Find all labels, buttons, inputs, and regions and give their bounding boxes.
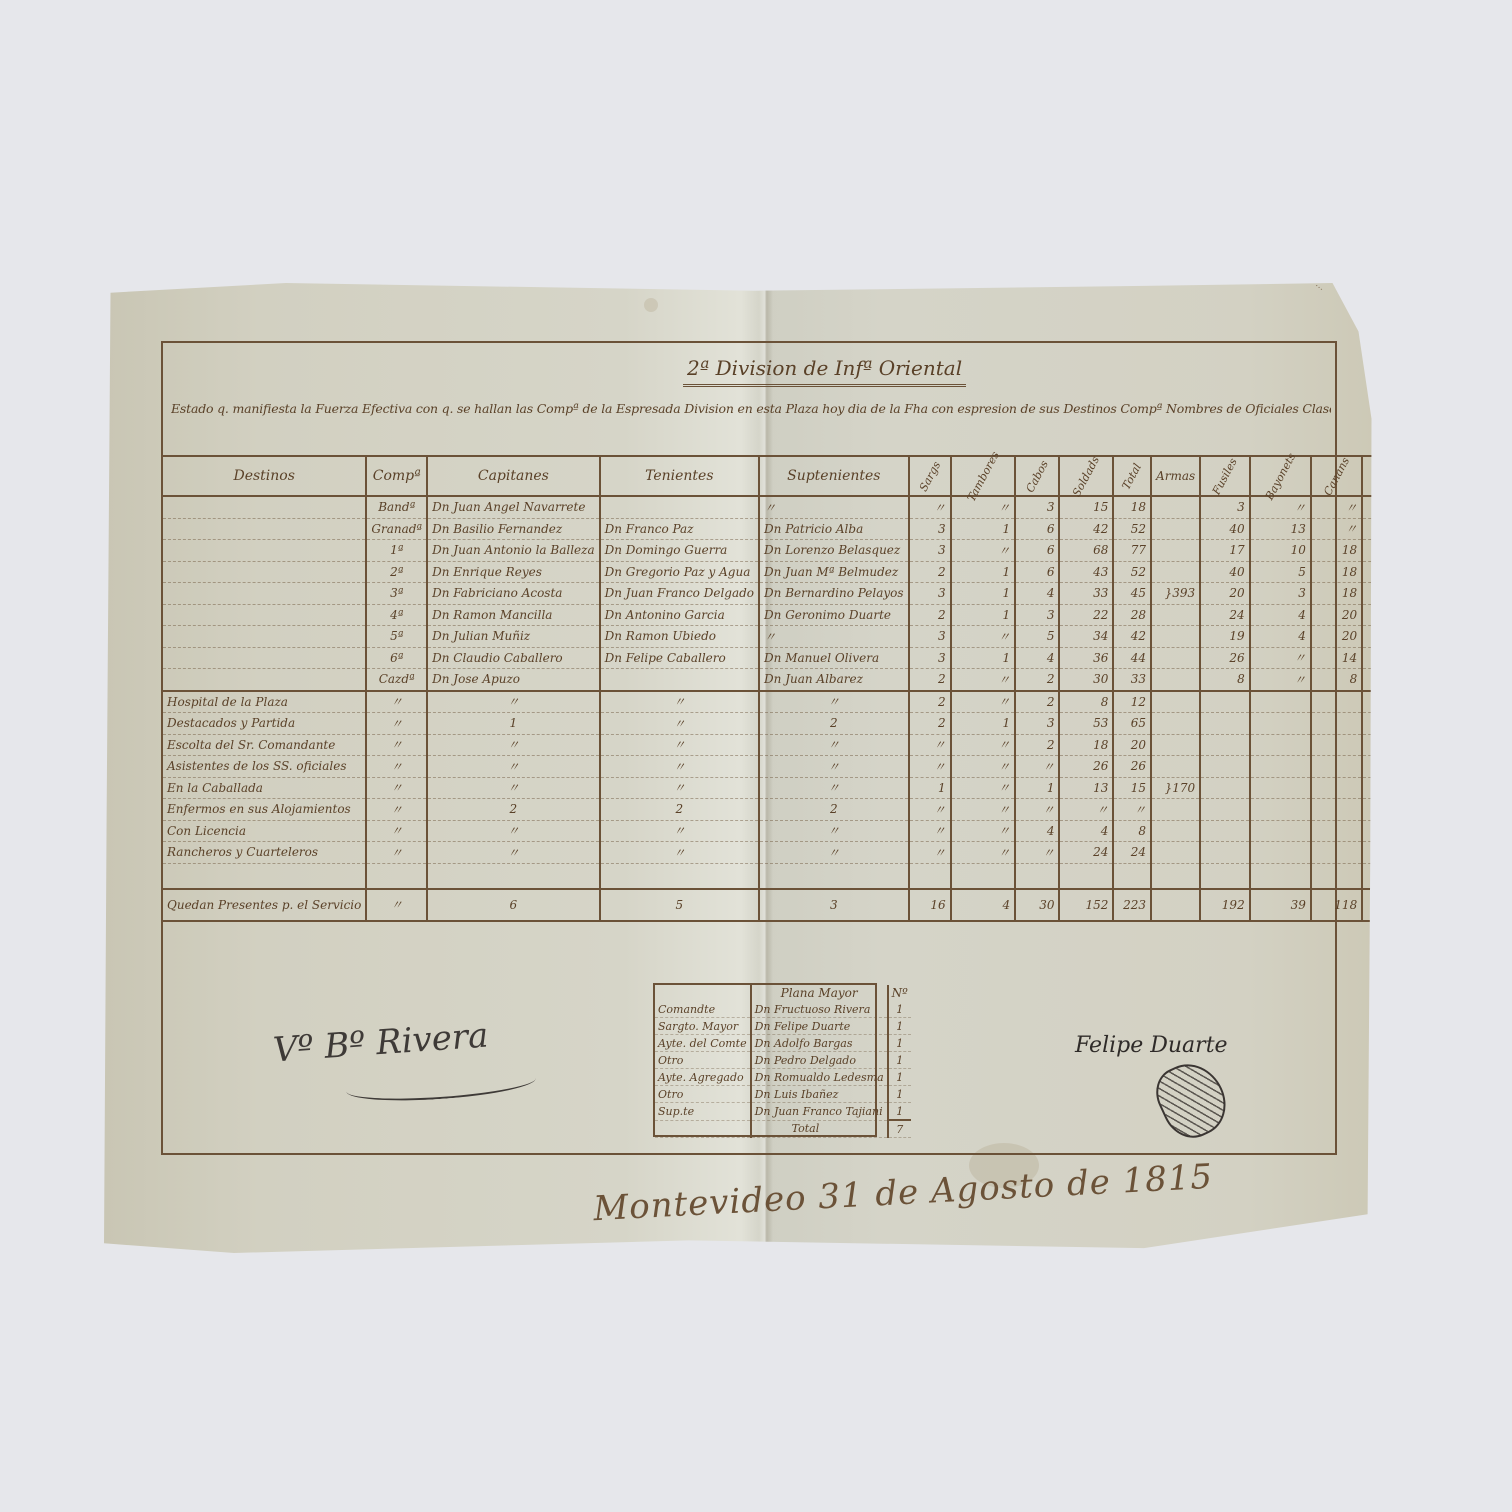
cell-chuzas: 〃 (1424, 647, 1474, 669)
officer-rank: Ayte. Agregado (655, 1069, 751, 1086)
cell-total: 〃 (1113, 799, 1151, 821)
cell-armas (1151, 626, 1200, 648)
capitan-name: Dn Jose Apuzo (427, 669, 599, 691)
cell-total: 26 (1113, 756, 1151, 778)
total-label: Total (751, 1120, 888, 1138)
col-fusiles: Fusiles (1200, 456, 1250, 496)
cell-chuzas: 〃 (1424, 540, 1474, 562)
teniente-name: Dn Juan Franco Delgado (600, 583, 759, 605)
plana-mayor-total: Total7 (655, 1120, 911, 1138)
cell-correage: 〃 (1362, 540, 1424, 562)
plana-mayor-row: Ayte. AgregadoDn Romualdo Ledesma1 (655, 1069, 911, 1086)
cell-correage: 〃 (1362, 647, 1424, 669)
subteniente-name: Dn Bernardino Pelayos (759, 583, 909, 605)
cell-cabos: 〃 (1015, 799, 1059, 821)
cell-cananas: 20 (1311, 604, 1362, 626)
cell-armas: }170 (1151, 777, 1200, 799)
cell-fusiles: 8 (1200, 669, 1250, 691)
officer-rank: Sup.te (655, 1103, 751, 1121)
cell-total: 28 (1113, 604, 1151, 626)
plana-mayor-row: Sup.teDn Juan Franco Tajiani1 (655, 1103, 911, 1121)
company-label: 4ª (366, 604, 427, 626)
cell-bayonetas: 〃 (1250, 647, 1311, 669)
destino-label: Hospital de la Plaza (163, 691, 366, 713)
company-row: GranadªDn Basilio FernandezDn Franco Paz… (163, 518, 1474, 540)
teniente-name: Dn Antonino Garcia (600, 604, 759, 626)
officer-count: 1 (888, 1086, 911, 1103)
cell-cabos: 2 (1015, 691, 1059, 713)
col-total: Total (1113, 456, 1151, 496)
col-chuzas: Chuzas (1424, 456, 1474, 496)
cell-sargs: 〃 (909, 734, 951, 756)
cell-sargs: 3 (909, 518, 951, 540)
cell-total: 12 (1113, 691, 1151, 713)
officer-count: 1 (888, 1069, 911, 1086)
cell-total: 44 (1113, 647, 1151, 669)
destino-label: Destacados y Partida (163, 713, 366, 735)
cell-chuzas: 〃 (1424, 496, 1474, 518)
cell-armas (1151, 756, 1200, 778)
plana-mayor-row: Sargto. MayorDn Felipe Duarte1 (655, 1018, 911, 1035)
cell-armas (1151, 496, 1200, 518)
cell-cabos: 5 (1015, 626, 1059, 648)
col-capitanes: Capitanes (427, 456, 599, 496)
cell-armas (1151, 604, 1200, 626)
capitan-name: Dn Fabriciano Acosta (427, 583, 599, 605)
capitan-name: Dn Julian Muñiz (427, 626, 599, 648)
subteniente-name: Dn Juan Albarez (759, 669, 909, 691)
cell-sargs: 3 (909, 583, 951, 605)
cell-sargs: 〃 (909, 756, 951, 778)
destination-row: Con Licencia〃〃〃〃〃〃448 (163, 820, 1474, 842)
officer-name: Dn Pedro Delgado (751, 1052, 888, 1069)
cell-soldados: 53 (1059, 713, 1113, 735)
rubric-scribble (1147, 1053, 1236, 1147)
cell-total: 15 (1113, 777, 1151, 799)
officer-count: 1 (888, 1018, 911, 1035)
officer-rank: Otro (655, 1052, 751, 1069)
ruled-frame: 2ª Division de Infª Oriental Estado q. m… (161, 341, 1337, 1155)
count-header: Nº (888, 985, 911, 1001)
cell-tambores: 〃 (951, 496, 1016, 518)
cell-sargs: 2 (909, 561, 951, 583)
cell-bayonetas: 5 (1250, 561, 1311, 583)
cell-sargs: 2 (909, 713, 951, 735)
cell-tambores: 〃 (951, 626, 1016, 648)
cell-soldados: 30 (1059, 669, 1113, 691)
officer-name: Dn Fructuoso Rivera (751, 1001, 888, 1018)
destino-label: Con Licencia (163, 820, 366, 842)
cell-soldados: 4 (1059, 820, 1113, 842)
plana-mayor-row: OtroDn Pedro Delgado1 (655, 1052, 911, 1069)
destination-row: En la Caballada〃〃〃〃1〃11315}170 (163, 777, 1474, 799)
subteniente-name: Dn Juan Mª Belmudez (759, 561, 909, 583)
signature-flourish (345, 1064, 536, 1105)
col-correage: Correage (1362, 456, 1424, 496)
cell-soldados: 15 (1059, 496, 1113, 518)
cell-tambores: 〃 (951, 799, 1016, 821)
officer-rank: Otro (655, 1086, 751, 1103)
officer-rank: Comandte (655, 1001, 751, 1018)
cell-correage: 〃 (1362, 669, 1424, 691)
cell-cabos: 6 (1015, 561, 1059, 583)
cell-armas (1151, 842, 1200, 864)
cell-fusiles: 3 (1200, 496, 1250, 518)
company-label: Cazdª (366, 669, 427, 691)
place-and-date: Montevideo 31 de Agosto de 1815 (592, 1157, 1214, 1229)
document-intro: Estado q. manifiesta la Fuerza Efectiva … (171, 401, 1331, 416)
destination-row: Destacados y Partida〃1〃22135365 (163, 713, 1474, 735)
destination-row: Escolta del Sr. Comandante〃〃〃〃〃〃21820 (163, 734, 1474, 756)
cell-sargs: 2 (909, 669, 951, 691)
cell-soldados: 36 (1059, 647, 1113, 669)
cell-total: 8 (1113, 820, 1151, 842)
destination-row: Asistentes de los SS. oficiales〃〃〃〃〃〃〃26… (163, 756, 1474, 778)
officer-count: 1 (888, 1052, 911, 1069)
cell-armas (1151, 691, 1200, 713)
cell-correage: 〃 (1362, 626, 1424, 648)
company-row: 5ªDn Julian MuñizDn Ramon Ubiedo〃3〃53442… (163, 626, 1474, 648)
cell-soldados: 68 (1059, 540, 1113, 562)
cell-armas (1151, 713, 1200, 735)
total-count: 7 (888, 1120, 911, 1138)
company-row: 1ªDn Juan Antonio la BallezaDn Domingo G… (163, 540, 1474, 562)
officer-name: Dn Romualdo Ledesma (751, 1069, 888, 1086)
cell-cabos: 6 (1015, 540, 1059, 562)
company-label: 2ª (366, 561, 427, 583)
cell-soldados: 18 (1059, 734, 1113, 756)
company-section: BandªDn Juan Angel Navarrete〃〃〃315183〃〃8… (163, 496, 1474, 691)
company-label: 6ª (366, 647, 427, 669)
cell-cabos: 〃 (1015, 756, 1059, 778)
cell-soldados: 34 (1059, 626, 1113, 648)
destination-row: Enfermos en sus Alojamientos〃222〃〃〃〃〃 (163, 799, 1474, 821)
capitan-name: Dn Basilio Fernandez (427, 518, 599, 540)
cell-cabos: 6 (1015, 518, 1059, 540)
cell-fusiles: 17 (1200, 540, 1250, 562)
subteniente-name: Dn Geronimo Duarte (759, 604, 909, 626)
col-sargentos: Sargs (909, 456, 951, 496)
cell-total: 45 (1113, 583, 1151, 605)
cell-cabos: 4 (1015, 647, 1059, 669)
destination-section: Hospital de la Plaza〃〃〃〃2〃2812Destacados… (163, 691, 1474, 889)
cell-sargs: 3 (909, 626, 951, 648)
cell-chuzas: 24 (1424, 669, 1474, 691)
cell-sargs: 3 (909, 540, 951, 562)
cell-tambores: 〃 (951, 734, 1016, 756)
total-label: Quedan Presentes p. el Servicio (163, 889, 366, 921)
cell-chuzas: 〃 (1424, 626, 1474, 648)
cell-soldados: 22 (1059, 604, 1113, 626)
strength-report-table: Destinos Compª Capitanes Tenientes Supte… (163, 455, 1474, 922)
total-row: Quedan Presentes p. el Servicio 〃 6 5 3 … (163, 889, 1474, 921)
cell-chuzas: 〃 (1424, 583, 1474, 605)
cell-total: 20 (1113, 734, 1151, 756)
destino-label: Enfermos en sus Alojamientos (163, 799, 366, 821)
capitan-name: Dn Juan Antonio la Balleza (427, 540, 599, 562)
cell-correage: 40 (1362, 518, 1424, 540)
cell-tambores: 1 (951, 561, 1016, 583)
corner-note: … (1313, 280, 1374, 331)
cell-bayonetas: 〃 (1250, 669, 1311, 691)
col-tambores: Tambores (951, 456, 1016, 496)
cell-cabos: 2 (1015, 734, 1059, 756)
plana-mayor-title: Plana Mayor (751, 985, 888, 1001)
officer-rank: Ayte. del Comte (655, 1035, 751, 1052)
cell-armas (1151, 669, 1200, 691)
header-row: Destinos Compª Capitanes Tenientes Supte… (163, 456, 1474, 496)
cell-fusiles: 24 (1200, 604, 1250, 626)
cell-bayonetas: 13 (1250, 518, 1311, 540)
cell-armas (1151, 799, 1200, 821)
cell-cananas: 14 (1311, 647, 1362, 669)
cell-armas (1151, 820, 1200, 842)
teniente-name: Dn Ramon Ubiedo (600, 626, 759, 648)
destination-row: Rancheros y Cuarteleros〃〃〃〃〃〃〃2424 (163, 842, 1474, 864)
cell-tambores: 1 (951, 647, 1016, 669)
subteniente-name: 〃 (759, 496, 909, 518)
subteniente-name: 〃 (759, 626, 909, 648)
teniente-name (600, 496, 759, 518)
cell-chuzas: 〃 (1424, 604, 1474, 626)
cell-armas: }393 (1151, 583, 1200, 605)
cell-cabos: 4 (1015, 583, 1059, 605)
cell-sargs: 〃 (909, 496, 951, 518)
cell-cananas: 18 (1311, 583, 1362, 605)
capitan-name: Dn Juan Angel Navarrete (427, 496, 599, 518)
destino-label: Asistentes de los SS. oficiales (163, 756, 366, 778)
company-label: 3ª (366, 583, 427, 605)
cell-correage: 〃 (1362, 561, 1424, 583)
cell-armas (1151, 540, 1200, 562)
cell-soldados: 26 (1059, 756, 1113, 778)
destino-label: Rancheros y Cuarteleros (163, 842, 366, 864)
cell-soldados: 8 (1059, 691, 1113, 713)
cell-tambores: 〃 (951, 842, 1016, 864)
cell-bayonetas: 3 (1250, 583, 1311, 605)
cell-fusiles: 19 (1200, 626, 1250, 648)
cell-fusiles: 40 (1200, 561, 1250, 583)
cell-armas (1151, 518, 1200, 540)
cell-soldados: 24 (1059, 842, 1113, 864)
plana-mayor-row: OtroDn Luis Ibañez1 (655, 1086, 911, 1103)
cell-bayonetas: 10 (1250, 540, 1311, 562)
col-bayonetas: Bayonets (1250, 456, 1311, 496)
cell-cabos: 4 (1015, 820, 1059, 842)
cell-soldados: 43 (1059, 561, 1113, 583)
cell-cananas: 〃 (1311, 496, 1362, 518)
cell-total: 42 (1113, 626, 1151, 648)
cell-bayonetas: 〃 (1250, 496, 1311, 518)
total-section: Quedan Presentes p. el Servicio 〃 6 5 3 … (163, 889, 1474, 921)
cell-chuzas: 〃 (1424, 518, 1474, 540)
cell-tambores: 〃 (951, 669, 1016, 691)
capitan-name: Dn Claudio Caballero (427, 647, 599, 669)
officer-name: Dn Luis Ibañez (751, 1086, 888, 1103)
cell-cabos: 〃 (1015, 842, 1059, 864)
cell-tambores: 〃 (951, 820, 1016, 842)
cell-cabos: 3 (1015, 604, 1059, 626)
officer-rank: Sargto. Mayor (655, 1018, 751, 1035)
cell-total: 65 (1113, 713, 1151, 735)
cell-soldados: 〃 (1059, 799, 1113, 821)
teniente-name: Dn Felipe Caballero (600, 647, 759, 669)
destino-label: Escolta del Sr. Comandante (163, 734, 366, 756)
officer-count: 1 (888, 1001, 911, 1018)
col-compania: Compª (366, 456, 427, 496)
company-row: 6ªDn Claudio CaballeroDn Felipe Caballer… (163, 647, 1474, 669)
cell-armas (1151, 561, 1200, 583)
cell-bayonetas: 4 (1250, 604, 1311, 626)
cell-tambores: 1 (951, 604, 1016, 626)
cell-fusiles: 20 (1200, 583, 1250, 605)
cell-correage: 8 (1362, 496, 1424, 518)
cell-sargs: 1 (909, 777, 951, 799)
subteniente-name: Dn Lorenzo Belasquez (759, 540, 909, 562)
cell-tambores: 1 (951, 518, 1016, 540)
cell-total: 52 (1113, 561, 1151, 583)
cell-correage: 〃 (1362, 604, 1424, 626)
cell-cananas: 18 (1311, 561, 1362, 583)
teniente-name: Dn Gregorio Paz y Agua (600, 561, 759, 583)
teniente-name (600, 669, 759, 691)
teniente-name: Dn Franco Paz (600, 518, 759, 540)
cell-sargs: 〃 (909, 842, 951, 864)
cell-sargs: 〃 (909, 820, 951, 842)
company-label: Granadª (366, 518, 427, 540)
company-label: 1ª (366, 540, 427, 562)
cell-cabos: 1 (1015, 777, 1059, 799)
teniente-name: Dn Domingo Guerra (600, 540, 759, 562)
destination-row: Hospital de la Plaza〃〃〃〃2〃2812 (163, 691, 1474, 713)
cell-tambores: 〃 (951, 756, 1016, 778)
cell-sargs: 3 (909, 647, 951, 669)
ink-stain (644, 298, 658, 312)
plana-mayor-row: Ayte. del ComteDn Adolfo Bargas1 (655, 1035, 911, 1052)
col-cananas: Canans (1311, 456, 1362, 496)
cell-cananas: 20 (1311, 626, 1362, 648)
cell-tambores: 〃 (951, 540, 1016, 562)
company-row: 2ªDn Enrique ReyesDn Gregorio Paz y Agua… (163, 561, 1474, 583)
cell-chuzas: 〃 (1424, 561, 1474, 583)
cell-armas (1151, 734, 1200, 756)
cell-tambores: 〃 (951, 777, 1016, 799)
cell-soldados: 33 (1059, 583, 1113, 605)
cell-total: 52 (1113, 518, 1151, 540)
document-title: 2ª Division de Infª Oriental (683, 356, 966, 387)
cell-cabos: 3 (1015, 713, 1059, 735)
cell-bayonetas: 4 (1250, 626, 1311, 648)
col-soldados: Soldads (1059, 456, 1113, 496)
cell-sargs: 2 (909, 604, 951, 626)
plana-mayor-header: Plana Mayor Nº (655, 985, 911, 1001)
cell-cabos: 3 (1015, 496, 1059, 518)
col-armas: Armas (1151, 456, 1200, 496)
capitan-name: Dn Enrique Reyes (427, 561, 599, 583)
col-destinos: Destinos (163, 456, 366, 496)
plana-mayor-box: Plana Mayor Nº ComandteDn Fructuoso Rive… (653, 983, 877, 1137)
cell-cabos: 2 (1015, 669, 1059, 691)
signature-approval: Vº Bº Rivera (272, 1016, 490, 1071)
cell-soldados: 42 (1059, 518, 1113, 540)
col-cabos: Cabos (1015, 456, 1059, 496)
company-row: 4ªDn Ramon MancillaDn Antonino GarciaDn … (163, 604, 1474, 626)
cell-correage: 〃 (1362, 583, 1424, 605)
cell-fusiles: 26 (1200, 647, 1250, 669)
officer-name: Dn Adolfo Bargas (751, 1035, 888, 1052)
cell-sargs: 〃 (909, 799, 951, 821)
cell-soldados: 13 (1059, 777, 1113, 799)
cell-cananas: 18 (1311, 540, 1362, 562)
col-subtenientes: Suptenientes (759, 456, 909, 496)
cell-total: 77 (1113, 540, 1151, 562)
cell-fusiles: 40 (1200, 518, 1250, 540)
officer-name: Dn Juan Franco Tajiani (751, 1103, 888, 1121)
cell-armas (1151, 647, 1200, 669)
document-sheet: … 2ª Division de Infª Oriental Estado q.… (104, 283, 1404, 1253)
subteniente-name: Dn Manuel Olivera (759, 647, 909, 669)
signature-officer: Felipe Duarte (1075, 1033, 1228, 1058)
col-tenientes: Tenientes (600, 456, 759, 496)
plana-mayor-row: ComandteDn Fructuoso Rivera1 (655, 1001, 911, 1018)
cell-sargs: 2 (909, 691, 951, 713)
subteniente-name: Dn Patricio Alba (759, 518, 909, 540)
cell-tambores: 1 (951, 583, 1016, 605)
capitan-name: Dn Ramon Mancilla (427, 604, 599, 626)
company-row: CazdªDn Jose ApuzoDn Juan Albarez2〃23033… (163, 669, 1474, 691)
cell-tambores: 〃 (951, 691, 1016, 713)
plana-mayor-table: Plana Mayor Nº ComandteDn Fructuoso Rive… (655, 985, 911, 1138)
company-label: Bandª (366, 496, 427, 518)
destino-label: En la Caballada (163, 777, 366, 799)
officer-count: 1 (888, 1103, 911, 1121)
cell-total: 24 (1113, 842, 1151, 864)
cell-tambores: 1 (951, 713, 1016, 735)
officer-count: 1 (888, 1035, 911, 1052)
officer-name: Dn Felipe Duarte (751, 1018, 888, 1035)
cell-total: 33 (1113, 669, 1151, 691)
company-label: 5ª (366, 626, 427, 648)
cell-cananas: 8 (1311, 669, 1362, 691)
cell-cananas: 〃 (1311, 518, 1362, 540)
company-row: BandªDn Juan Angel Navarrete〃〃〃315183〃〃8… (163, 496, 1474, 518)
cell-total: 18 (1113, 496, 1151, 518)
company-row: 3ªDn Fabriciano AcostaDn Juan Franco Del… (163, 583, 1474, 605)
